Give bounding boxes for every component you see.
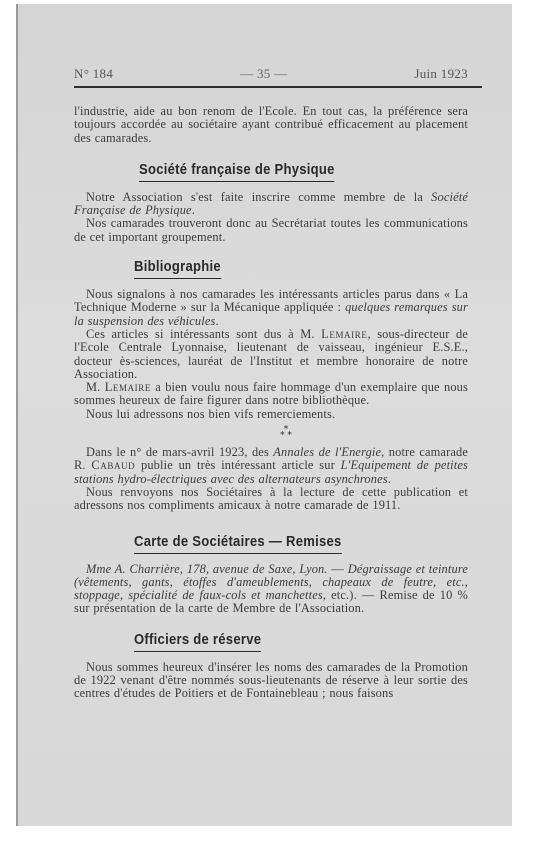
italic-run: Mme A. Charrière, 178, avenue de Saxe, L… — [86, 562, 328, 576]
section-title-societe-physique: Société française de Physique — [139, 162, 335, 182]
asterism-bottom: * * — [104, 433, 468, 439]
section-title-officiers-reserve: Officiers de réserve — [134, 632, 261, 652]
paragraph: Mme A. Charrière, 178, avenue de Saxe, L… — [74, 563, 468, 616]
section-title-bibliographie: Bibliographie — [134, 259, 221, 279]
text-run: M. — [86, 380, 105, 394]
paragraph: Ces articles si intéressants sont dus à … — [74, 328, 468, 381]
page-number: — 35 — — [240, 66, 287, 82]
small-caps-name: Lemaire — [105, 380, 151, 394]
section-heading-wrap: Bibliographie — [74, 256, 468, 279]
text-run: Dans le n° de mars-avril 1923, des — [86, 445, 273, 459]
header-rule — [74, 86, 482, 88]
text-run: Ces articles si intéressants sont dus à … — [86, 327, 321, 341]
section-heading-wrap: Carte de Sociétaires — Remises — [74, 531, 468, 554]
text-run: publie un très intéressant article sur — [135, 458, 340, 472]
paragraph: Nos camarades trouveront donc au Secréta… — [74, 217, 468, 244]
paragraph: Notre Association s'est faite inscrire c… — [74, 191, 468, 218]
text-run: . — [192, 203, 195, 217]
running-header: N° 184 — 35 — Juin 1923 — [74, 66, 468, 82]
scanned-page: N° 184 — 35 — Juin 1923 l'industrie, aid… — [16, 4, 512, 826]
paragraph: Nous sommes heureux d'insérer les noms d… — [74, 661, 468, 701]
issue-number: N° 184 — [74, 66, 113, 82]
paragraph: Nous renvoyons nos Sociétaires à la lect… — [74, 486, 468, 513]
asterism-ornament: * * * — [74, 427, 468, 439]
italic-run: Annales de l'Energie — [273, 445, 381, 459]
text-run: . — [215, 314, 218, 328]
section-heading-wrap: Société française de Physique — [74, 159, 468, 182]
intro-paragraph: l'industrie, aide au bon renom de l'Ecol… — [74, 105, 468, 145]
page-content: N° 184 — 35 — Juin 1923 l'industrie, aid… — [74, 66, 468, 701]
paragraph: Nous signalons à nos camarades les intér… — [74, 288, 468, 328]
small-caps-name: Cabaud — [91, 458, 135, 472]
paragraph: M. Lemaire a bien voulu nous faire homma… — [74, 381, 468, 408]
text-run: Notre Association s'est faite inscrire c… — [86, 190, 431, 204]
paragraph: Nous lui adressons nos bien vifs remerci… — [74, 408, 468, 421]
paragraph: Dans le n° de mars-avril 1923, des Annal… — [74, 446, 468, 486]
small-caps-name: Lemaire — [321, 327, 367, 341]
section-heading-wrap: Officiers de réserve — [74, 629, 468, 652]
section-title-carte-societaires: Carte de Sociétaires — Remises — [134, 534, 342, 554]
text-run: — — [328, 562, 348, 576]
issue-date: Juin 1923 — [414, 66, 468, 82]
text-run: . — [388, 472, 391, 486]
